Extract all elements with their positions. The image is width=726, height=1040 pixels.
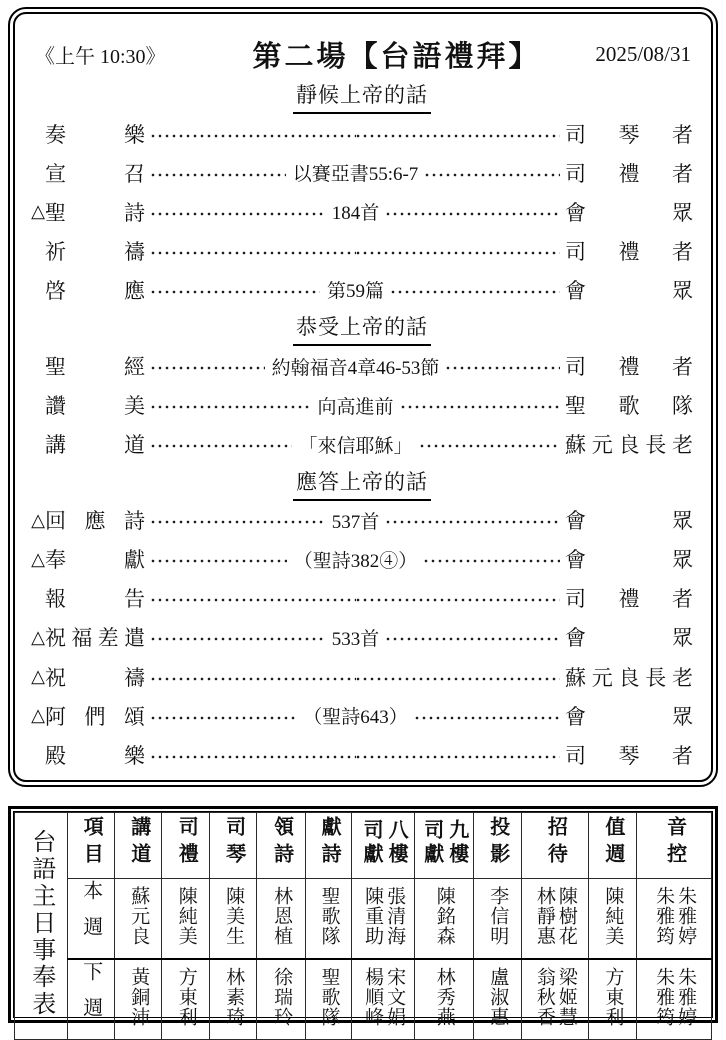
item-label: 阿們頌 <box>45 701 145 731</box>
dot-leader: 533首 <box>151 624 560 651</box>
item-label: 聖詩 <box>45 197 145 227</box>
leader-dots <box>151 598 356 602</box>
item-detail: （聖詩643） <box>296 702 415 729</box>
program-item: 宣召 以賽亞書55:6-7 司禮者 <box>27 153 697 192</box>
item-label: 報告 <box>45 583 145 613</box>
duty-table-frame: 台語主日事奉表 項目 講道 司禮 司琴 領詩 獻詩 八樓司獻 九樓司獻 投影 招… <box>8 806 718 1023</box>
item-assignee: 會眾 <box>565 197 693 227</box>
leader-dots <box>151 677 356 681</box>
program-item: 讚美 向高進前 聖歌隊 <box>27 386 697 425</box>
dot-leader: 向高進前 <box>151 392 560 419</box>
item-assignee: 聖歌隊 <box>565 390 693 420</box>
duty-table-inner-frame: 台語主日事奉表 項目 講道 司禮 司琴 領詩 獻詩 八樓司獻 九樓司獻 投影 招… <box>13 811 713 1018</box>
leader-dots <box>401 405 561 409</box>
duty-cell: 林素琦 <box>209 959 256 1040</box>
item-label: 奉獻 <box>45 544 145 574</box>
duty-row-this-week: 本週 蘇元良 陳純美 陳美生 林恩植 聖歌隊 張清海陳重助 陳銘森 李信明 陳樹… <box>15 879 712 960</box>
item-detail: 向高進前 <box>311 392 401 419</box>
stand-marker: △ <box>27 666 45 687</box>
leader-dots <box>446 366 560 370</box>
item-assignee: 會眾 <box>565 505 693 535</box>
col-header: 投影 <box>473 813 521 879</box>
leader-dots <box>386 637 560 641</box>
leader-dots <box>151 366 265 370</box>
item-label: 讚美 <box>45 390 145 420</box>
dot-leader: 537首 <box>151 507 560 534</box>
leader-dots <box>151 559 287 563</box>
leader-dots <box>356 251 561 255</box>
col-header: 值週 <box>588 813 636 879</box>
leader-dots <box>151 134 356 138</box>
stand-marker: △ <box>27 627 45 648</box>
leader-dots <box>425 173 560 177</box>
program-item: △ 回應詩 537首 會眾 <box>27 501 697 540</box>
col-header: 獻詩 <box>305 813 351 879</box>
dot-leader: （聖詩643） <box>151 702 560 729</box>
item-assignee: 會眾 <box>565 544 693 574</box>
item-label: 奏樂 <box>45 119 145 149</box>
item-label: 祝福差遣 <box>45 622 145 652</box>
item-detail: 以賽亞書55:6-7 <box>286 159 426 186</box>
dot-leader <box>151 594 560 602</box>
item-assignee: 會眾 <box>565 275 693 305</box>
dot-leader: 第59篇 <box>151 276 560 303</box>
duty-cell: 聖歌隊 <box>305 879 351 960</box>
program-item: △ 聖詩 184首 會眾 <box>27 192 697 231</box>
item-detail: 184首 <box>325 198 387 225</box>
service-time: 《上午 10:30》 <box>35 40 220 69</box>
item-label: 回應詩 <box>45 505 145 535</box>
duty-row-next-week: 下週 黃銅沛 方東利 林素琦 徐瑞玲 聖歌隊 宋文娟楊順峰 林秀燕 盧淑惠 梁姬… <box>15 959 712 1040</box>
leader-dots <box>151 716 296 720</box>
leader-dots <box>356 134 561 138</box>
leader-dots <box>151 637 325 641</box>
leader-dots <box>420 444 561 448</box>
program-item: 啓應 第59篇 會眾 <box>27 270 697 309</box>
program-box-inner: 《上午 10:30》 第二場【台語禮拜】 2025/08/31 靜候上帝的話 奏… <box>13 12 713 782</box>
item-assignee: 司禮者 <box>565 583 693 613</box>
dot-leader: 184首 <box>151 198 560 225</box>
item-label: 殿樂 <box>45 740 145 770</box>
duty-cell: 蘇元良 <box>114 879 161 960</box>
item-assignee: 司禮者 <box>565 158 693 188</box>
leader-dots <box>151 290 320 294</box>
duty-table-title: 台語主日事奉表 <box>15 813 68 1040</box>
section-heading: 恭受上帝的話 <box>27 311 697 346</box>
duty-cell: 方東利 <box>162 959 209 1040</box>
item-detail: 537首 <box>325 507 387 534</box>
leader-dots <box>386 212 560 216</box>
program-box: 《上午 10:30》 第二場【台語禮拜】 2025/08/31 靜候上帝的話 奏… <box>8 7 718 787</box>
dot-leader: 約翰福音4章46-53節 <box>151 353 560 380</box>
item-label: 聖經 <box>45 351 145 381</box>
dot-leader <box>151 673 560 681</box>
item-detail: 第59篇 <box>320 276 391 303</box>
col-header: 講道 <box>114 813 161 879</box>
dot-leader: 以賽亞書55:6-7 <box>151 159 560 186</box>
stand-marker: △ <box>27 510 45 531</box>
program-item: 講道 「來信耶穌」 蘇元良長老 <box>27 425 697 464</box>
col-header: 九樓司獻 <box>414 813 473 879</box>
program-item: 聖經 約翰福音4章46-53節 司禮者 <box>27 347 697 386</box>
item-detail: （聖詩382④） <box>287 546 425 573</box>
dot-leader <box>151 751 560 759</box>
page-title: 第二場【台語禮拜】 <box>220 34 573 75</box>
duty-cell: 梁姬慧翁秋香 <box>522 959 589 1040</box>
item-detail: 「來信耶穌」 <box>292 431 420 458</box>
duty-cell: 李信明 <box>473 879 521 960</box>
duty-cell: 陳樹花林靜惠 <box>522 879 589 960</box>
service-date: 2025/08/31 <box>573 42 691 67</box>
program-header: 《上午 10:30》 第二場【台語禮拜】 2025/08/31 <box>27 28 697 77</box>
item-assignee: 司禮者 <box>565 351 693 381</box>
leader-dots <box>151 173 286 177</box>
duty-cell: 朱雅婷朱雅筠 <box>637 959 712 1040</box>
duty-cell: 林秀燕 <box>414 959 473 1040</box>
row-label: 本週 <box>67 879 114 960</box>
leader-dots <box>391 290 560 294</box>
item-label: 宣召 <box>45 158 145 188</box>
col-header: 八樓司獻 <box>352 813 415 879</box>
item-assignee: 會眾 <box>565 622 693 652</box>
col-header: 司琴 <box>209 813 256 879</box>
leader-dots <box>356 755 561 759</box>
dot-leader <box>151 247 560 255</box>
leader-dots <box>151 212 325 216</box>
duty-cell: 方東利 <box>588 959 636 1040</box>
dot-leader: 「來信耶穌」 <box>151 431 560 458</box>
col-header: 司禮 <box>162 813 209 879</box>
program-item: 殿樂 司琴者 <box>27 735 697 774</box>
duty-cell: 聖歌隊 <box>305 959 351 1040</box>
stand-marker: △ <box>27 549 45 570</box>
item-assignee: 蘇元良長老 <box>565 662 693 692</box>
leader-dots <box>151 444 292 448</box>
item-assignee: 會眾 <box>565 701 693 731</box>
duty-cell: 朱雅婷朱雅筠 <box>637 879 712 960</box>
duty-cell: 徐瑞玲 <box>257 959 305 1040</box>
item-assignee: 司琴者 <box>565 119 693 149</box>
leader-dots <box>356 598 561 602</box>
leader-dots <box>424 559 560 563</box>
program-item: 奏樂 司琴者 <box>27 114 697 153</box>
duty-cell: 盧淑惠 <box>473 959 521 1040</box>
leader-dots <box>356 677 561 681</box>
duty-cell: 宋文娟楊順峰 <box>352 959 415 1040</box>
stand-marker: △ <box>27 705 45 726</box>
program-item: △ 祝禱 蘇元良長老 <box>27 657 697 696</box>
duty-cell: 張清海陳重助 <box>352 879 415 960</box>
dot-leader <box>151 130 560 138</box>
program-item: 報告 司禮者 <box>27 579 697 618</box>
duty-cell: 陳純美 <box>588 879 636 960</box>
col-header: 領詩 <box>257 813 305 879</box>
duty-cell: 陳銘森 <box>414 879 473 960</box>
duty-cell: 陳美生 <box>209 879 256 960</box>
item-label: 啓應 <box>45 275 145 305</box>
duty-cell: 林恩植 <box>257 879 305 960</box>
stand-marker: △ <box>27 201 45 222</box>
col-header: 招待 <box>522 813 589 879</box>
section-heading: 應答上帝的話 <box>27 466 697 501</box>
item-detail: 533首 <box>325 624 387 651</box>
item-assignee: 司琴者 <box>565 740 693 770</box>
program-item: △ 祝福差遣 533首 會眾 <box>27 618 697 657</box>
col-header: 音控 <box>637 813 712 879</box>
duty-header-row: 台語主日事奉表 項目 講道 司禮 司琴 領詩 獻詩 八樓司獻 九樓司獻 投影 招… <box>15 813 712 879</box>
duty-cell: 陳純美 <box>162 879 209 960</box>
section-heading: 靜候上帝的話 <box>27 79 697 114</box>
dot-leader: （聖詩382④） <box>151 546 560 573</box>
duty-table-title-text: 台語主日事奉表 <box>29 829 53 1018</box>
leader-dots <box>386 520 560 524</box>
item-label: 講道 <box>45 429 145 459</box>
leader-dots <box>151 251 356 255</box>
program-item: △ 阿們頌 （聖詩643） 會眾 <box>27 696 697 735</box>
col-header: 項目 <box>67 813 114 879</box>
item-assignee: 司禮者 <box>565 236 693 266</box>
item-assignee: 蘇元良長老 <box>565 429 693 459</box>
duty-cell: 黃銅沛 <box>114 959 161 1040</box>
item-detail: 約翰福音4章46-53節 <box>265 353 447 380</box>
program-item: △ 奉獻 （聖詩382④） 會眾 <box>27 540 697 579</box>
row-label: 下週 <box>67 959 114 1040</box>
program-item: 祈禱 司禮者 <box>27 231 697 270</box>
item-label: 祈禱 <box>45 236 145 266</box>
leader-dots <box>151 755 356 759</box>
leader-dots <box>415 716 560 720</box>
leader-dots <box>151 405 311 409</box>
duty-table: 台語主日事奉表 項目 講道 司禮 司琴 領詩 獻詩 八樓司獻 九樓司獻 投影 招… <box>14 812 712 1040</box>
item-label: 祝禱 <box>45 662 145 692</box>
leader-dots <box>151 520 325 524</box>
